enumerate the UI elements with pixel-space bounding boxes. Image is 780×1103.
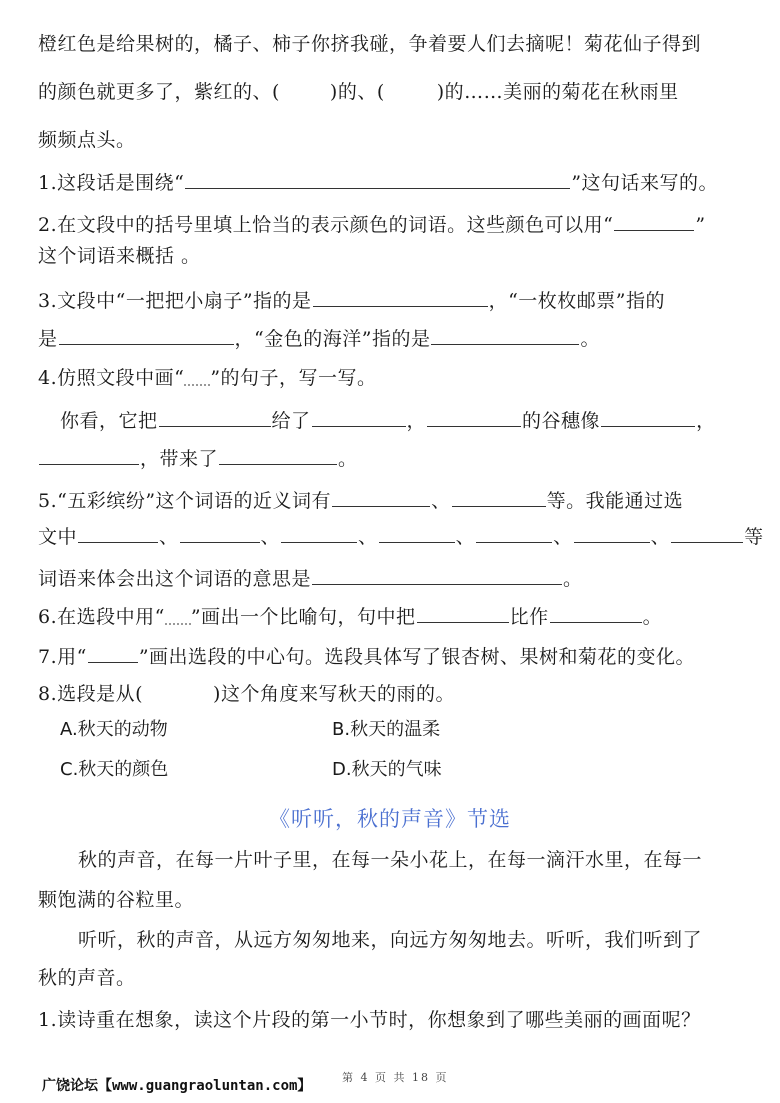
answer-blank[interactable]	[332, 488, 430, 507]
question-text: ，	[407, 410, 427, 432]
question-text: 的谷穗像	[522, 410, 600, 432]
question-text: 。	[580, 328, 600, 350]
answer-blank[interactable]	[614, 212, 694, 231]
separator: 、	[651, 526, 671, 548]
answer-blank[interactable]	[39, 446, 139, 465]
answer-blank[interactable]	[281, 524, 357, 543]
poem-para-2-line-1: 听听，秋的声音，从远方匆匆地来，向远方匆匆地去。听听，我们听到了	[78, 928, 702, 952]
answer-blank[interactable]	[313, 288, 488, 307]
passage-text: )的……美丽的菊花在秋雨里	[437, 81, 679, 103]
question-text: ”画出一个比喻句，句中把	[191, 606, 416, 628]
question-text: 5.“五彩缤纷”这个词语的近义词有	[38, 490, 331, 512]
question-text: 1.这段话是围绕“	[38, 172, 184, 194]
question-text: ”的句子，写一写。	[210, 367, 376, 389]
passage-line-1: 橙红色是给果树的，橘子、柿子你挤我碰，争着要人们去摘呢！菊花仙子得到	[38, 32, 701, 56]
page-number: 第 4 页 共 18 页	[342, 1069, 448, 1085]
option-letter: D.	[332, 759, 352, 780]
straight-underline-icon	[88, 644, 138, 663]
answer-blank[interactable]	[312, 566, 562, 585]
question-text: 等	[744, 526, 764, 548]
answer-blank[interactable]	[601, 408, 695, 427]
question-text: 、	[431, 490, 451, 512]
option-text: 秋天的颜色	[78, 759, 168, 780]
option-text: 秋天的气味	[352, 759, 442, 780]
passage-line-2: 的颜色就更多了，紫红的、()的、()的……美丽的菊花在秋雨里	[38, 80, 679, 104]
separator: 、	[456, 526, 476, 548]
separator: 、	[358, 526, 378, 548]
answer-blank[interactable]	[78, 524, 158, 543]
option-d[interactable]: D.秋天的气味	[332, 758, 442, 782]
answer-blank[interactable]	[379, 524, 455, 543]
question-5-line-3: 词语来体会出这个词语的意思是。	[38, 566, 583, 591]
question-text: 。	[563, 568, 583, 590]
question-text: ，带来了	[140, 448, 218, 470]
question-4: 4.仿照文段中画“”的句子，写一写。	[38, 366, 377, 390]
wavy-underline-icon	[184, 370, 210, 386]
question-text: ，“金色的海洋”指的是	[235, 328, 431, 350]
answer-blank[interactable]	[550, 604, 642, 623]
question-text: )这个角度来写秋天的雨的。	[213, 683, 455, 705]
poem-para-2-line-2: 秋的声音。	[38, 966, 136, 990]
brand-name: 广饶论坛	[42, 1078, 98, 1094]
question-text: ，	[696, 410, 716, 432]
question-3-line-2: 是，“金色的海洋”指的是。	[38, 326, 600, 351]
question-text: 。	[643, 606, 663, 628]
question-text: ，“一枚枚邮票”指的	[489, 290, 665, 312]
poem-para-1-line-1: 秋的声音，在每一片叶子里，在每一朵小花上，在每一滴汗水里，在每一	[78, 848, 702, 872]
answer-blank[interactable]	[476, 524, 552, 543]
answer-blank[interactable]	[219, 446, 337, 465]
answer-blank[interactable]	[452, 488, 546, 507]
option-letter: B.	[332, 719, 350, 740]
separator: 、	[261, 526, 281, 548]
answer-blank[interactable]	[574, 524, 650, 543]
brand-url[interactable]: 【www.guangraoluntan.com】	[98, 1078, 311, 1094]
footer-brand: 广饶论坛【www.guangraoluntan.com】	[42, 1075, 311, 1095]
answer-blank[interactable]	[431, 326, 579, 345]
separator: 、	[553, 526, 573, 548]
question-text: 7.用“	[38, 646, 87, 668]
answer-blank[interactable]	[671, 524, 743, 543]
section-title: 《听听，秋的声音》节选	[0, 803, 780, 833]
question-text: 等。我能通过选	[547, 490, 684, 512]
question-1: 1.这段话是围绕“”这句话来写的。	[38, 170, 718, 195]
question-text: 是	[38, 328, 58, 350]
answer-blank[interactable]	[59, 326, 234, 345]
option-letter: A.	[60, 719, 78, 740]
passage-text: )的、(	[330, 81, 385, 103]
answer-blank[interactable]	[417, 604, 509, 623]
poem-para-1-line-2: 颗饱满的谷粒里。	[38, 888, 194, 912]
wavy-underline-icon	[165, 609, 191, 625]
question-text: 比作	[510, 606, 549, 628]
question-text: 6.在选段中用“	[38, 606, 165, 628]
question-5: 5.“五彩缤纷”这个词语的近义词有、等。我能通过选	[38, 488, 683, 513]
answer-blank[interactable]	[312, 408, 406, 427]
question-text: 词语来体会出这个词语的意思是	[38, 568, 311, 590]
section2-question-1: 1.读诗重在想象，读这个片段的第一小节时，你想象到了哪些美丽的画面呢？	[38, 1008, 701, 1032]
question-2-line-2: 这个词语来概括 。	[38, 244, 201, 268]
answer-blank[interactable]	[159, 408, 271, 427]
option-text: 秋天的温柔	[350, 719, 440, 740]
answer-blank[interactable]	[180, 524, 260, 543]
question-8: 8.选段是从()这个角度来写秋天的雨的。	[38, 682, 455, 706]
answer-blank[interactable]	[427, 408, 521, 427]
option-a[interactable]: A.秋天的动物	[60, 718, 168, 742]
question-text: ”	[695, 214, 705, 236]
question-text: ”这句话来写的。	[571, 172, 718, 194]
question-text: 你看，它把	[60, 410, 158, 432]
passage-line-3: 频频点头。	[38, 128, 136, 152]
question-text: ”画出选段的中心句。选段具体写了银杏树、果树和菊花的变化。	[139, 646, 695, 668]
answer-blank[interactable]	[185, 170, 570, 189]
question-text: 2.在文段中的括号里填上恰当的表示颜色的词语。这些颜色可以用“	[38, 214, 613, 236]
option-c[interactable]: C.秋天的颜色	[60, 758, 168, 782]
question-3: 3.文段中“一把把小扇子”指的是，“一枚枚邮票”指的	[38, 288, 665, 313]
question-text: 文中	[38, 526, 77, 548]
question-7: 7.用“”画出选段的中心句。选段具体写了银杏树、果树和菊花的变化。	[38, 644, 695, 669]
question-4-line-3: ，带来了。	[38, 446, 358, 471]
option-text: 秋天的动物	[78, 719, 168, 740]
question-5-line-2: 文中、、、、、、等	[38, 524, 764, 549]
question-text: 。	[338, 448, 358, 470]
question-4-line-2: 你看，它把给了，的谷穗像，	[60, 408, 716, 433]
question-text: 3.文段中“一把把小扇子”指的是	[38, 290, 312, 312]
question-text: 给了	[272, 410, 311, 432]
question-text: 8.选段是从(	[38, 683, 143, 705]
question-text: 4.仿照文段中画“	[38, 367, 184, 389]
separator: 、	[159, 526, 179, 548]
option-letter: C.	[60, 759, 78, 780]
question-6: 6.在选段中用“”画出一个比喻句，句中把比作。	[38, 604, 662, 629]
option-b[interactable]: B.秋天的温柔	[332, 718, 440, 742]
passage-text: 的颜色就更多了，紫红的、(	[38, 81, 280, 103]
question-2: 2.在文段中的括号里填上恰当的表示颜色的词语。这些颜色可以用“”	[38, 212, 706, 237]
